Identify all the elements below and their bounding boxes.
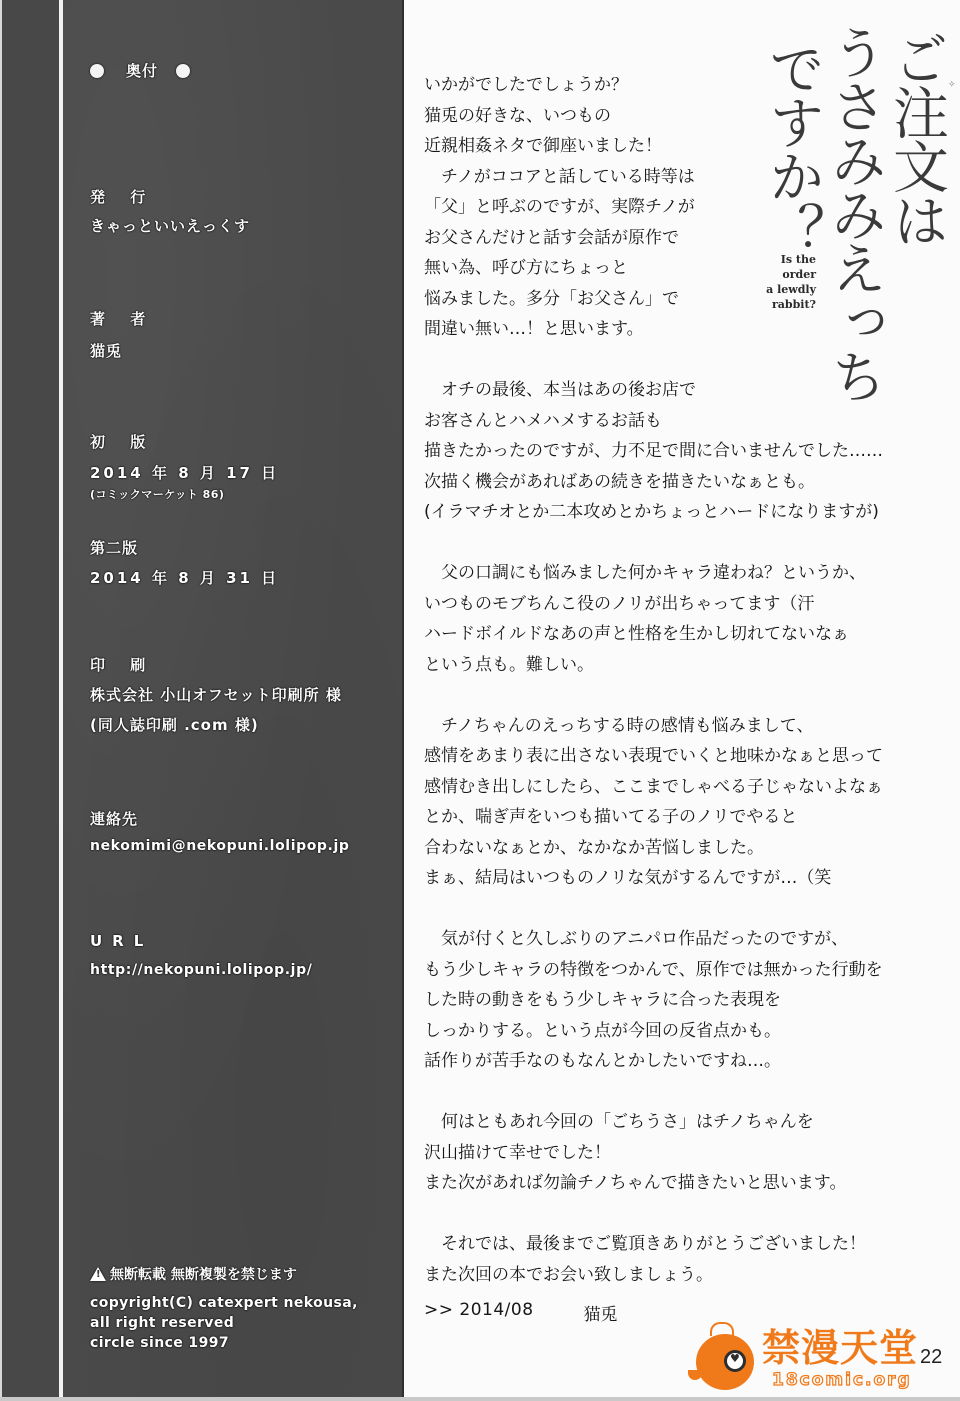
text-line: 話作りが苦手なのもなんとかしたいですね…。	[424, 1046, 954, 1077]
text-line: お客さんとハメハメするお話も	[424, 406, 954, 437]
first-edition-label: 初 版	[90, 431, 155, 452]
text-line: いつものモブちんこ役のノリが出ちゃってます（汗	[424, 589, 954, 620]
text-line: 次描く機会があればあの続きを描きたいなぁとも。	[424, 467, 954, 498]
first-edition-note: (コミックマーケット 86)	[90, 486, 224, 502]
site-watermark: 禁漫天堂 18comic.org	[688, 1322, 928, 1396]
text-line: ハードボイルドなあの声と性格を生かし切れてないなぁ	[424, 619, 954, 650]
text-line: チノちゃんのえっちする時の感情も悩みまして、	[424, 711, 954, 742]
text-line: 悩みました。多分「お父さん」で	[424, 284, 954, 315]
bullet-circle-icon	[90, 64, 104, 78]
publisher-value: きゃっといいえっくす	[90, 215, 250, 236]
notice-text: 無断転載 無断複製を禁じます	[110, 1264, 297, 1284]
watermark-url: 18comic.org	[772, 1370, 912, 1390]
text-line: お父さんだけと話す会話が原作で	[424, 223, 954, 254]
copyright-notice: 無断転載 無断複製を禁じます	[90, 1264, 297, 1284]
text-line: という点も。難しい。	[424, 650, 954, 681]
text-line: しっかりする。という点が今回の反省点かも。	[424, 1016, 954, 1047]
text-line: もう少しキャラの特徴をつかんで、原作では無かった行動を	[424, 955, 954, 986]
watermark-title: 禁漫天堂	[762, 1326, 918, 1370]
panel-divider	[59, 0, 63, 1397]
author-label: 著 者	[90, 308, 155, 329]
second-edition-date: 2014 年 8 月 31 日	[90, 567, 279, 588]
text-line: まぁ、結局はいつものノリな気がするんですが…（笑	[424, 863, 954, 894]
second-edition-label: 第二版	[90, 537, 138, 558]
mascot-icon	[696, 1334, 754, 1390]
text-line: 合わないなぁとか、なかなか苦悩しました。	[424, 833, 954, 864]
panel-edge	[402, 0, 404, 1397]
text-line: また次回の本でお会い致しましょう。	[424, 1260, 954, 1291]
page-number: 22	[920, 1346, 942, 1369]
text-line: 何はともあれ今回の「ごちうさ」はチノちゃんを	[424, 1107, 954, 1138]
mascot-tail-icon	[688, 1370, 702, 1380]
copyright-line: circle since 1997	[90, 1333, 358, 1353]
contact-email[interactable]: nekomimi@nekopuni.lolipop.jp	[90, 838, 350, 854]
text-line: オチの最後、本当はあの後お店で	[424, 375, 954, 406]
text-line: 感情をあまり表に出さない表現でいくと地味かなぁと思って	[424, 741, 954, 772]
printer-value-secondary: (同人誌印刷 .com 様)	[90, 714, 259, 735]
publisher-label: 発 行	[90, 186, 155, 207]
url-value[interactable]: http://nekopuni.lolipop.jp/	[90, 962, 312, 978]
signature: >> 2014/08 猫兎	[424, 1300, 618, 1325]
text-line: 気が付くと久しぶりのアニパロ作品だったのですが、	[424, 924, 954, 955]
text-line: した時の動きをもう少しキャラに合った表現を	[424, 985, 954, 1016]
afterword-paragraph: いかがでしたでしょうか？ 猫兎の好きな、いつもの 近親相姦ネタで御座いました！ …	[424, 70, 954, 345]
text-line: 間違い無い…！と思います。	[424, 314, 954, 345]
page-bottom-edge	[0, 1397, 960, 1401]
panel-spine	[0, 0, 59, 1397]
text-line: とか、喘ぎ声をいつも描いてる子のノリでやると	[424, 802, 954, 833]
text-line: 猫兎の好きな、いつもの	[424, 101, 954, 132]
text-line: 感情むき出しにしたら、ここまでしゃべる子じゃないよなぁ	[424, 772, 954, 803]
text-line: 父の口調にも悩みました何かキャラ違わね？というか、	[424, 558, 954, 589]
text-line: チノがココアと話している時等は	[424, 162, 954, 193]
afterword-paragraph: それでは、最後までご覧頂きありがとうございました！ また次回の本でお会い致しまし…	[424, 1229, 954, 1290]
text-line: 沢山描けて幸せでした！	[424, 1138, 954, 1169]
afterword-paragraph: オチの最後、本当はあの後お店で お客さんとハメハメするお話も 描きたかったのです…	[424, 375, 954, 528]
heart-eye-icon	[724, 1350, 746, 1372]
text-line: (イラマチオとか二本攻めとかちょっとハードになりますが)	[424, 497, 954, 528]
afterword: いかがでしたでしょうか？ 猫兎の好きな、いつもの 近親相姦ネタで御座いました！ …	[424, 70, 954, 1321]
warning-icon	[90, 1267, 106, 1281]
afterword-paragraph: 何はともあれ今回の「ごちうさ」はチノちゃんを 沢山描けて幸せでした！ また次があ…	[424, 1107, 954, 1199]
colophon-heading-label: 奥付	[126, 60, 158, 81]
first-edition-date: 2014 年 8 月 17 日	[90, 462, 279, 483]
text-line: 近親相姦ネタで御座いました！	[424, 131, 954, 162]
contact-label: 連絡先	[90, 808, 138, 829]
signature-date: >> 2014/08	[424, 1300, 534, 1325]
text-line: それでは、最後までご覧頂きありがとうございました！	[424, 1229, 954, 1260]
colophon-panel: 奥付 発 行 きゃっといいえっくす 著 者 猫兎 初 版 2014 年 8 月 …	[0, 0, 404, 1397]
bullet-circle-icon	[176, 64, 190, 78]
url-label: URL	[90, 932, 153, 950]
afterword-paragraph: チノちゃんのえっちする時の感情も悩みまして、 感情をあまり表に出さない表現でいく…	[424, 711, 954, 894]
text-line: また次があれば勿論チノちゃんで描きたいと思います。	[424, 1168, 954, 1199]
signature-author: 猫兎	[584, 1300, 618, 1325]
colophon-heading: 奥付	[90, 60, 190, 81]
text-line: 無い為、呼び方にちょっと	[424, 253, 954, 284]
afterword-paragraph: 気が付くと久しぶりのアニパロ作品だったのですが、 もう少しキャラの特徴をつかんで…	[424, 924, 954, 1077]
text-line: 「父」と呼ぶのですが、実際チノが	[424, 192, 954, 223]
printer-value: 株式会社 小山オフセット印刷所 様	[90, 684, 342, 705]
author-value: 猫兎	[90, 340, 122, 361]
text-line: 描きたかったのですが、力不足で間に合いませんでした……	[424, 436, 954, 467]
copyright-line: copyright(C) catexpert nekousa,	[90, 1293, 358, 1313]
afterword-paragraph: 父の口調にも悩みました何かキャラ違わね？というか、 いつものモブちんこ役のノリが…	[424, 558, 954, 680]
copyright-line: all right reserved	[90, 1313, 358, 1333]
copyright-block: copyright(C) catexpert nekousa, all righ…	[90, 1293, 358, 1353]
text-line: いかがでしたでしょうか？	[424, 70, 954, 101]
printer-label: 印 刷	[90, 654, 155, 675]
